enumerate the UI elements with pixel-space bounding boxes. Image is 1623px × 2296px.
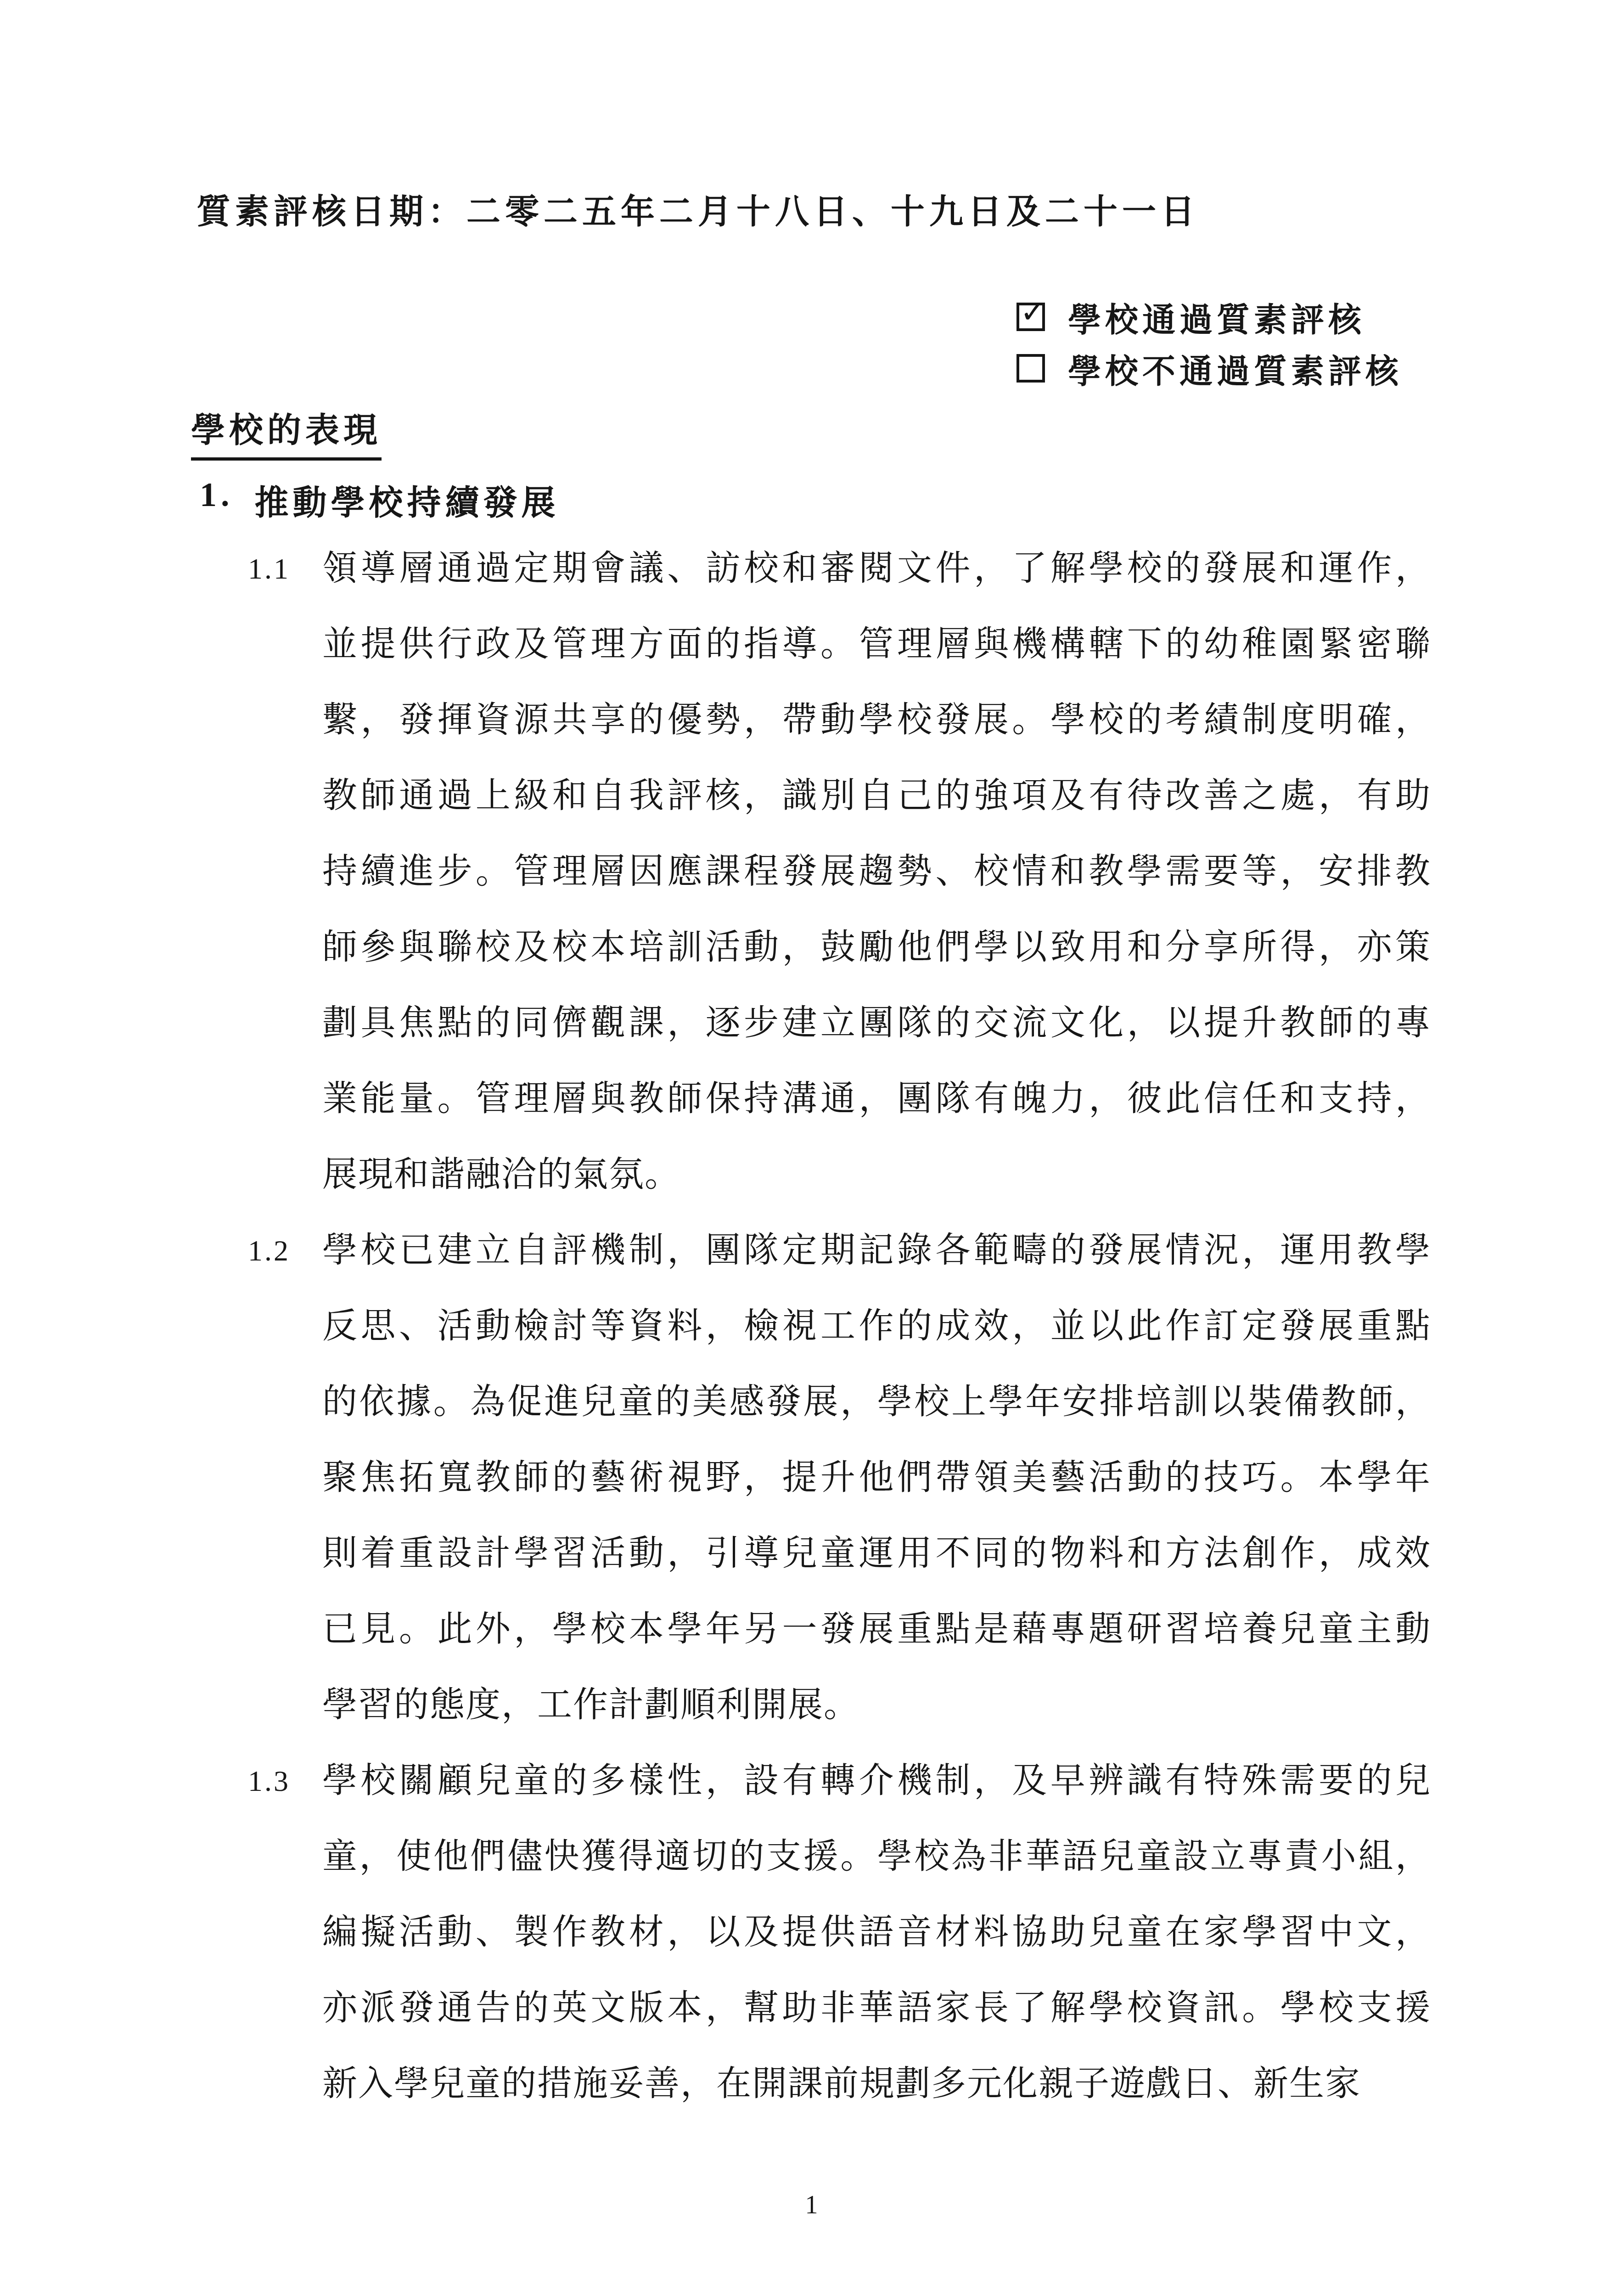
paragraph-line: 教師通過上級和自我評核，識別自己的強項及有待改善之處，有助 — [322, 758, 1431, 834]
paragraph-line: 師參與聯校及校本培訓活動，鼓勵他們學以致用和分享所得，亦策 — [322, 910, 1431, 985]
assessment-date-line: 質素評核日期：二零二五年二月十八日、十九日及二十一日 — [197, 185, 1199, 233]
checkbox-unchecked-icon — [1016, 354, 1045, 383]
paragraph-1-1-lines: 領導層通過定期會議、訪校和審閱文件，了解學校的發展和運作，並提供行政及管理方面的… — [322, 531, 1431, 1213]
paragraph-1-2: 1.2 學校已建立自評機制，團隊定期記錄各範疇的發展情況，運用教學反思、活動檢討… — [322, 1213, 1431, 1743]
paragraph-line: 聚焦拓寬教師的藝術視野，提升他們帶領美藝活動的技巧。本學年 — [322, 1440, 1431, 1516]
checkbox-checked-icon: ✓ — [1016, 303, 1045, 331]
paragraph-1-1-number: 1.1 — [248, 531, 290, 607]
result-pass-label: 學校通過質素評核 — [1068, 293, 1365, 341]
check-mark-icon: ✓ — [1020, 297, 1045, 327]
section-1-title: 推動學校持續發展 — [255, 476, 560, 524]
paragraph-1-3-number: 1.3 — [248, 1743, 290, 1819]
result-fail-label: 學校不通過質素評核 — [1068, 344, 1403, 392]
paragraph-line: 新入學兒童的措施妥善，在開課前規劃多元化親子遊戲日、新生家 — [322, 2046, 1431, 2122]
paragraph-line: 學校已建立自評機制，團隊定期記錄各範疇的發展情況，運用教學 — [322, 1213, 1431, 1289]
paragraph-line: 編擬活動、製作教材，以及提供語音材料協助兒童在家學習中文， — [322, 1895, 1431, 1970]
assessment-result-block: ✓ 學校通過質素評核 學校不通過質素評核 — [1016, 291, 1403, 394]
paragraph-line: 劃具焦點的同儕觀課，逐步建立團隊的交流文化，以提升教師的專 — [322, 985, 1431, 1061]
paragraph-1-3: 1.3 學校關顧兒童的多樣性，設有轉介機制，及早辨識有特殊需要的兒童，使他們儘快… — [322, 1743, 1431, 2122]
paragraph-line: 持續進步。管理層因應課程發展趨勢、校情和教學需要等，安排教 — [322, 834, 1431, 910]
school-performance-heading: 學校的表現 — [191, 403, 382, 461]
paragraph-line: 展現和諧融洽的氣氛。 — [322, 1137, 1431, 1213]
result-option-pass: ✓ 學校通過質素評核 — [1016, 291, 1403, 343]
paragraph-line: 並提供行政及管理方面的指導。管理層與機構轄下的幼稚園緊密聯 — [322, 607, 1431, 682]
paragraph-1-2-number: 1.2 — [248, 1213, 290, 1289]
paragraph-line: 已見。此外，學校本學年另一發展重點是藉專題研習培養兒童主動 — [322, 1592, 1431, 1667]
result-option-fail: 學校不通過質素評核 — [1016, 343, 1403, 394]
paragraph-line: 反思、活動檢討等資料，檢視工作的成效，並以此作訂定發展重點 — [322, 1289, 1431, 1364]
document-page: 質素評核日期：二零二五年二月十八日、十九日及二十一日 ✓ 學校通過質素評核 學校… — [0, 0, 1623, 2296]
page-number: 1 — [0, 2190, 1623, 2220]
paragraph-line: 學習的態度，工作計劃順利開展。 — [322, 1667, 1431, 1743]
paragraph-1-2-lines: 學校已建立自評機制，團隊定期記錄各範疇的發展情況，運用教學反思、活動檢討等資料，… — [322, 1213, 1431, 1743]
paragraph-1-3-lines: 學校關顧兒童的多樣性，設有轉介機制，及早辨識有特殊需要的兒童，使他們儘快獲得適切… — [322, 1743, 1431, 2122]
paragraph-line: 則着重設計學習活動，引導兒童運用不同的物料和方法創作，成效 — [322, 1516, 1431, 1592]
paragraph-line: 學校關顧兒童的多樣性，設有轉介機制，及早辨識有特殊需要的兒 — [322, 1743, 1431, 1819]
paragraph-line: 的依據。為促進兒童的美感發展，學校上學年安排培訓以裝備教師， — [322, 1364, 1431, 1440]
paragraph-1-1: 1.1 領導層通過定期會議、訪校和審閱文件，了解學校的發展和運作，並提供行政及管… — [322, 531, 1431, 1213]
paragraph-line: 亦派發通告的英文版本，幫助非華語家長了解學校資訊。學校支援 — [322, 1970, 1431, 2046]
section-1-heading: 1. 推動學校持續發展 — [200, 476, 560, 524]
section-1-number: 1. — [200, 476, 234, 524]
paragraph-line: 業能量。管理層與教師保持溝通，團隊有魄力，彼此信任和支持， — [322, 1061, 1431, 1137]
paragraph-line: 領導層通過定期會議、訪校和審閱文件，了解學校的發展和運作， — [322, 531, 1431, 607]
paragraph-line: 童，使他們儘快獲得適切的支援。學校為非華語兒童設立專責小組， — [322, 1819, 1431, 1895]
paragraph-line: 繫，發揮資源共享的優勢，帶動學校發展。學校的考績制度明確， — [322, 682, 1431, 758]
body-text: 1.1 領導層通過定期會議、訪校和審閱文件，了解學校的發展和運作，並提供行政及管… — [0, 531, 1623, 2122]
